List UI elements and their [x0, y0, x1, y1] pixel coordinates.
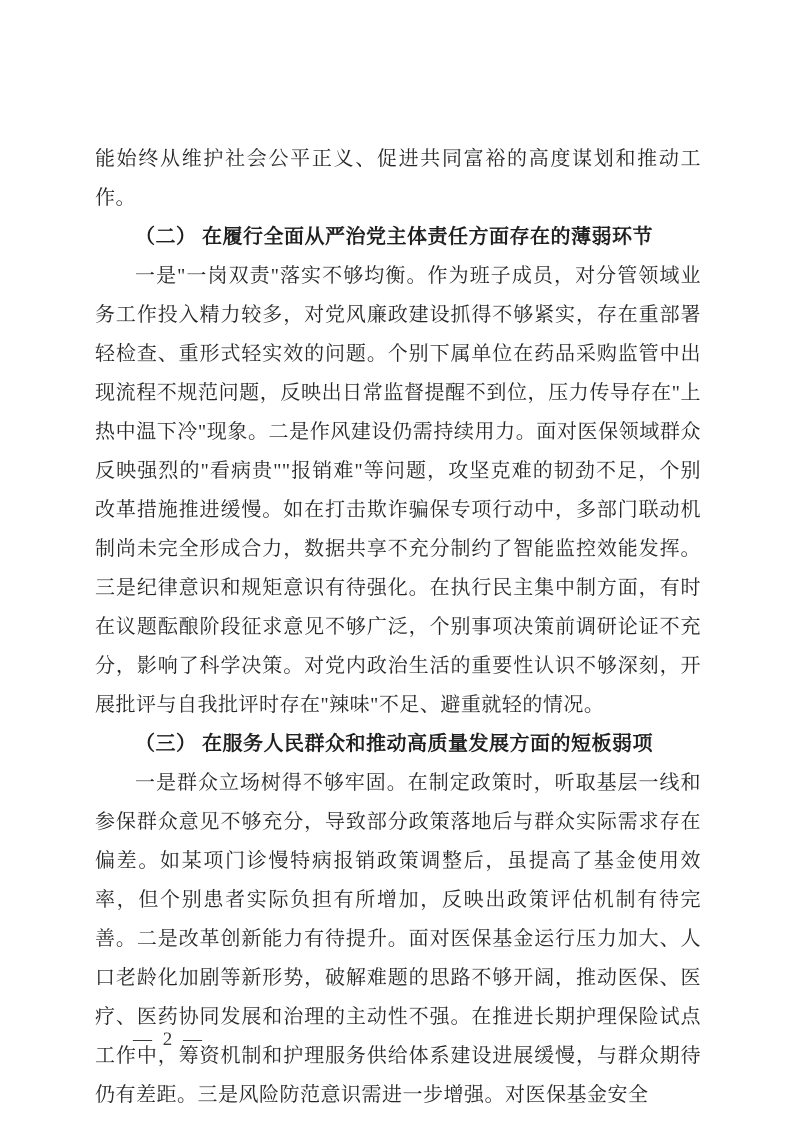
paragraph-section-2: 一是"一岗双责"落实不够均衡。作为班子成员，对分管领域业务工作投入精力较多，对党…	[95, 257, 701, 725]
section-heading-2: （二） 在履行全面从严治党主体责任方面存在的薄弱环节	[95, 218, 701, 257]
paragraph-continuation: 能始终从维护社会公平正义、促进共同富裕的高度谋划和推动工作。	[95, 140, 701, 218]
paragraph-section-3: 一是群众立场树得不够牢固。在制定政策时，听取基层一线和参保群众意见不够充分，导致…	[95, 764, 701, 1115]
document-page: 能始终从维护社会公平正义、促进共同富裕的高度谋划和推动工作。 （二） 在履行全面…	[0, 0, 793, 1122]
document-body: 能始终从维护社会公平正义、促进共同富裕的高度谋划和推动工作。 （二） 在履行全面…	[95, 140, 701, 1115]
section-heading-3: （三） 在服务人民群众和推动高质量发展方面的短板弱项	[95, 725, 701, 764]
page-number: — 2 —	[133, 1029, 205, 1051]
